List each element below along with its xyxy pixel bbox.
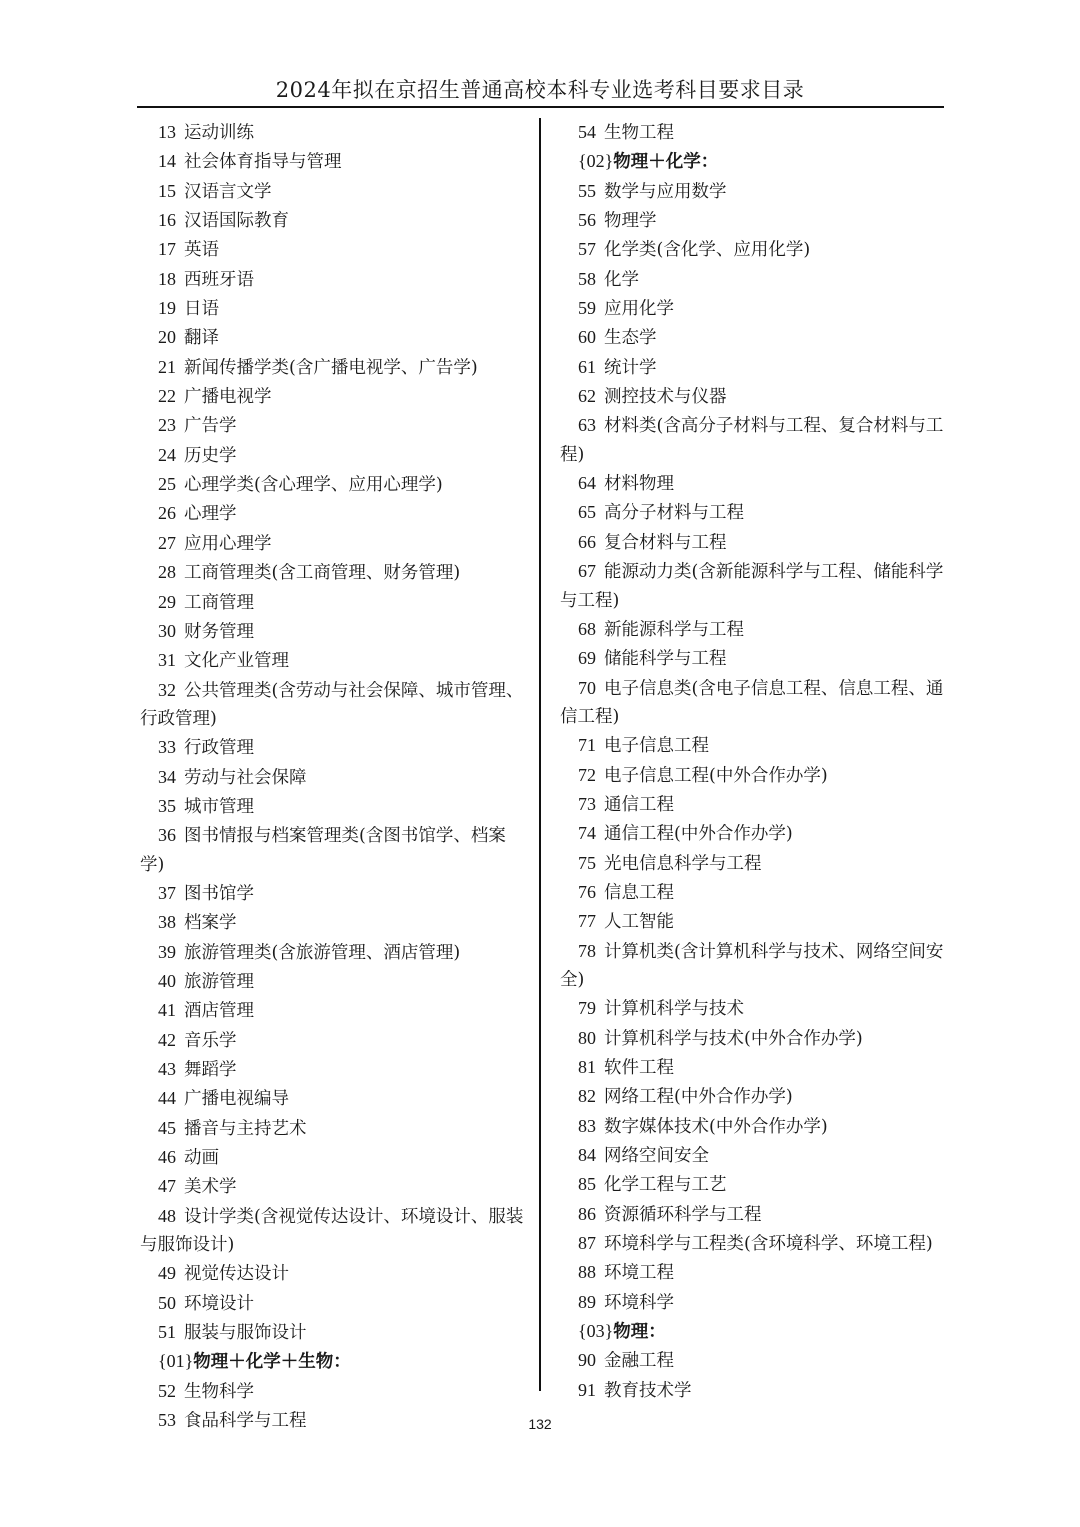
item-number: 51 (158, 1322, 176, 1342)
item-label: 金融工程 (604, 1351, 674, 1371)
item-number: 20 (158, 327, 176, 347)
list-item: 61统计学 (560, 353, 950, 382)
item-number: 87 (578, 1233, 596, 1253)
item-label: 光电信息科学与工程 (604, 854, 762, 874)
list-item: 90金融工程 (560, 1346, 950, 1375)
item-number: 84 (578, 1145, 596, 1165)
item-number: 81 (578, 1057, 596, 1077)
page-number: 132 (0, 1416, 1080, 1432)
item-number: 86 (578, 1204, 596, 1224)
list-item: 22广播电视学 (140, 382, 530, 411)
list-item: 46动画 (140, 1143, 530, 1172)
list-item: 62测控技术与仪器 (560, 382, 950, 411)
item-label: 美术学 (184, 1177, 237, 1197)
list-item: 79计算机科学与技术 (560, 994, 950, 1023)
item-label: 材料物理 (604, 474, 674, 494)
item-label: 英语 (184, 240, 219, 260)
category-heading: {03}物理： (560, 1317, 950, 1346)
item-number: 64 (578, 473, 596, 493)
item-label: 日语 (184, 299, 219, 319)
list-item: 82网络工程(中外合作办学) (560, 1082, 950, 1111)
item-label: 广告学 (184, 416, 237, 436)
item-number: 60 (578, 327, 596, 347)
item-label: 人工智能 (604, 912, 674, 932)
item-number: 65 (578, 502, 596, 522)
item-label: 广播电视编导 (184, 1089, 289, 1109)
item-label: 生态学 (604, 328, 657, 348)
item-label: 应用化学 (604, 299, 674, 319)
item-label: 历史学 (184, 446, 237, 466)
item-number: 47 (158, 1176, 176, 1196)
item-label: 工商管理类(含工商管理、财务管理) (184, 563, 460, 583)
item-number: 30 (158, 621, 176, 641)
item-number: 28 (158, 562, 176, 582)
list-item: 51服装与服饰设计 (140, 1318, 530, 1347)
item-number: 59 (578, 298, 596, 318)
item-label: 物理学 (604, 211, 657, 231)
category-heading: {01}物理＋化学＋生物： (140, 1347, 530, 1376)
item-number: 34 (158, 767, 176, 787)
list-item: 89环境科学 (560, 1288, 950, 1317)
item-label: 汉语言文学 (184, 182, 272, 202)
item-number: 52 (158, 1381, 176, 1401)
item-label: 舞蹈学 (184, 1060, 237, 1080)
item-label: 测控技术与仪器 (604, 387, 727, 407)
list-item: 24历史学 (140, 441, 530, 470)
item-number: 69 (578, 648, 596, 668)
item-number: 91 (578, 1380, 596, 1400)
list-item: 37图书馆学 (140, 879, 530, 908)
item-label: 新闻传播学类(含广播电视学、广告学) (184, 358, 478, 378)
item-label: 汉语国际教育 (184, 211, 289, 231)
item-number: 68 (578, 619, 596, 639)
item-number: 41 (158, 1000, 176, 1020)
category-code: {01} (158, 1351, 193, 1371)
item-number: 40 (158, 971, 176, 991)
list-item: 49视觉传达设计 (140, 1259, 530, 1288)
item-number: 62 (578, 386, 596, 406)
item-label: 财务管理 (184, 622, 254, 642)
item-label: 数字媒体技术(中外合作办学) (604, 1117, 828, 1137)
item-label: 翻译 (184, 328, 219, 348)
item-label: 新能源科学与工程 (604, 620, 744, 640)
item-label: 信息工程 (604, 883, 674, 903)
list-item: 78计算机类(含计算机科学与技术、网络空间安全) (560, 937, 950, 995)
category-label: 物理＋化学＋生物： (193, 1352, 351, 1372)
category-label: 物理： (613, 1322, 666, 1342)
list-item: 43舞蹈学 (140, 1055, 530, 1084)
list-item: 41酒店管理 (140, 996, 530, 1025)
list-item: 14社会体育指导与管理 (140, 147, 530, 176)
list-item: 76信息工程 (560, 878, 950, 907)
item-label: 环境设计 (184, 1294, 254, 1314)
item-number: 19 (158, 298, 176, 318)
item-label: 化学类(含化学、应用化学) (604, 240, 810, 260)
category-code: {02} (578, 151, 613, 171)
item-label: 广播电视学 (184, 387, 272, 407)
item-label: 能源动力类(含新能源科学与工程、储能科学与工程) (560, 562, 943, 610)
list-item: 60生态学 (560, 323, 950, 352)
item-number: 61 (578, 357, 596, 377)
list-item: 84网络空间安全 (560, 1141, 950, 1170)
item-number: 55 (578, 181, 596, 201)
item-number: 79 (578, 998, 596, 1018)
item-number: 78 (578, 941, 596, 961)
item-number: 63 (578, 415, 596, 435)
item-label: 图书情报与档案管理类(含图书馆学、档案学) (140, 826, 506, 874)
item-number: 25 (158, 474, 176, 494)
item-number: 27 (158, 533, 176, 553)
item-number: 72 (578, 765, 596, 785)
item-label: 档案学 (184, 913, 237, 933)
item-number: 43 (158, 1059, 176, 1079)
list-item: 44广播电视编导 (140, 1084, 530, 1113)
list-item: 86资源循环科学与工程 (560, 1200, 950, 1229)
list-item: 34劳动与社会保障 (140, 763, 530, 792)
item-label: 计算机科学与技术(中外合作办学) (604, 1029, 863, 1049)
list-item: 21新闻传播学类(含广播电视学、广告学) (140, 353, 530, 382)
item-label: 电子信息工程 (604, 736, 709, 756)
item-number: 32 (158, 680, 176, 700)
left-column: 13运动训练14社会体育指导与管理15汉语言文学16汉语国际教育17英语18西班… (140, 118, 530, 1435)
item-label: 通信工程 (604, 795, 674, 815)
item-number: 50 (158, 1293, 176, 1313)
item-number: 80 (578, 1028, 596, 1048)
item-label: 生物科学 (184, 1382, 254, 1402)
list-item: 28工商管理类(含工商管理、财务管理) (140, 558, 530, 587)
category-code: {03} (578, 1321, 613, 1341)
list-item: 72电子信息工程(中外合作办学) (560, 761, 950, 790)
list-item: 15汉语言文学 (140, 177, 530, 206)
list-item: 63材料类(含高分子材料与工程、复合材料与工程) (560, 411, 950, 469)
item-label: 化学 (604, 270, 639, 290)
list-item: 47美术学 (140, 1172, 530, 1201)
item-number: 85 (578, 1174, 596, 1194)
item-number: 46 (158, 1147, 176, 1167)
item-label: 软件工程 (604, 1058, 674, 1078)
item-label: 材料类(含高分子材料与工程、复合材料与工程) (560, 416, 943, 464)
list-item: 16汉语国际教育 (140, 206, 530, 235)
item-number: 70 (578, 678, 596, 698)
item-label: 劳动与社会保障 (184, 768, 307, 788)
item-label: 化学工程与工艺 (604, 1175, 727, 1195)
list-item: 40旅游管理 (140, 967, 530, 996)
item-number: 49 (158, 1263, 176, 1283)
list-item: 20翻译 (140, 323, 530, 352)
category-heading: {02}物理＋化学： (560, 147, 950, 176)
item-label: 西班牙语 (184, 270, 254, 290)
item-number: 67 (578, 561, 596, 581)
list-item: 75光电信息科学与工程 (560, 849, 950, 878)
item-number: 90 (578, 1350, 596, 1370)
list-item: 32公共管理类(含劳动与社会保障、城市管理、行政管理) (140, 676, 530, 734)
list-item: 91教育技术学 (560, 1376, 950, 1405)
list-item: 65高分子材料与工程 (560, 498, 950, 527)
list-item: 52生物科学 (140, 1377, 530, 1406)
list-item: 85化学工程与工艺 (560, 1170, 950, 1199)
item-label: 网络工程(中外合作办学) (604, 1087, 793, 1107)
item-label: 应用心理学 (184, 534, 272, 554)
list-item: 27应用心理学 (140, 529, 530, 558)
item-label: 行政管理 (184, 738, 254, 758)
item-number: 35 (158, 796, 176, 816)
list-item: 66复合材料与工程 (560, 528, 950, 557)
item-label: 电子信息工程(中外合作办学) (604, 766, 828, 786)
list-item: 67能源动力类(含新能源科学与工程、储能科学与工程) (560, 557, 950, 615)
item-label: 音乐学 (184, 1031, 237, 1051)
item-number: 24 (158, 445, 176, 465)
header-divider (137, 106, 944, 108)
item-label: 文化产业管理 (184, 651, 289, 671)
list-item: 87环境科学与工程类(含环境科学、环境工程) (560, 1229, 950, 1258)
list-item: 57化学类(含化学、应用化学) (560, 235, 950, 264)
list-item: 31文化产业管理 (140, 646, 530, 675)
list-item: 55数学与应用数学 (560, 177, 950, 206)
item-number: 37 (158, 883, 176, 903)
item-label: 环境工程 (604, 1263, 674, 1283)
item-label: 数学与应用数学 (604, 182, 727, 202)
item-label: 旅游管理类(含旅游管理、酒店管理) (184, 943, 460, 963)
list-item: 25心理学类(含心理学、应用心理学) (140, 470, 530, 499)
list-item: 33行政管理 (140, 733, 530, 762)
item-label: 教育技术学 (604, 1381, 692, 1401)
item-number: 22 (158, 386, 176, 406)
list-item: 29工商管理 (140, 588, 530, 617)
item-label: 运动训练 (184, 123, 254, 143)
item-label: 计算机类(含计算机科学与技术、网络空间安全) (560, 942, 943, 990)
item-number: 18 (158, 269, 176, 289)
item-number: 89 (578, 1292, 596, 1312)
list-item: 26心理学 (140, 499, 530, 528)
list-item: 74通信工程(中外合作办学) (560, 819, 950, 848)
list-item: 38档案学 (140, 908, 530, 937)
list-item: 68新能源科学与工程 (560, 615, 950, 644)
item-number: 45 (158, 1118, 176, 1138)
item-label: 播音与主持艺术 (184, 1119, 307, 1139)
item-number: 83 (578, 1116, 596, 1136)
item-label: 心理学类(含心理学、应用心理学) (184, 475, 443, 495)
item-number: 57 (578, 239, 596, 259)
item-number: 39 (158, 942, 176, 962)
item-number: 88 (578, 1262, 596, 1282)
item-number: 71 (578, 735, 596, 755)
list-item: 77人工智能 (560, 907, 950, 936)
item-label: 环境科学 (604, 1293, 674, 1313)
item-number: 74 (578, 823, 596, 843)
item-label: 高分子材料与工程 (604, 503, 744, 523)
item-number: 17 (158, 239, 176, 259)
list-item: 59应用化学 (560, 294, 950, 323)
list-item: 19日语 (140, 294, 530, 323)
item-label: 电子信息类(含电子信息工程、信息工程、通信工程) (560, 679, 943, 727)
list-item: 42音乐学 (140, 1026, 530, 1055)
list-item: 88环境工程 (560, 1258, 950, 1287)
list-item: 71电子信息工程 (560, 731, 950, 760)
item-number: 82 (578, 1086, 596, 1106)
item-label: 计算机科学与技术 (604, 999, 744, 1019)
item-number: 66 (578, 532, 596, 552)
item-number: 33 (158, 737, 176, 757)
list-item: 56物理学 (560, 206, 950, 235)
item-label: 社会体育指导与管理 (184, 152, 342, 172)
list-item: 73通信工程 (560, 790, 950, 819)
list-item: 39旅游管理类(含旅游管理、酒店管理) (140, 938, 530, 967)
list-item: 48设计学类(含视觉传达设计、环境设计、服装与服饰设计) (140, 1202, 530, 1260)
list-item: 23广告学 (140, 411, 530, 440)
item-number: 56 (578, 210, 596, 230)
page-title: 2024年拟在京招生普通高校本科专业选考科目要求目录 (136, 76, 944, 104)
item-number: 38 (158, 912, 176, 932)
item-label: 复合材料与工程 (604, 533, 727, 553)
list-item: 50环境设计 (140, 1289, 530, 1318)
item-number: 15 (158, 181, 176, 201)
list-item: 17英语 (140, 235, 530, 264)
item-label: 工商管理 (184, 593, 254, 613)
list-item: 18西班牙语 (140, 265, 530, 294)
item-label: 网络空间安全 (604, 1146, 709, 1166)
list-item: 64材料物理 (560, 469, 950, 498)
item-number: 13 (158, 122, 176, 142)
item-label: 通信工程(中外合作办学) (604, 824, 793, 844)
list-item: 45播音与主持艺术 (140, 1114, 530, 1143)
list-item: 35城市管理 (140, 792, 530, 821)
item-label: 旅游管理 (184, 972, 254, 992)
item-label: 环境科学与工程类(含环境科学、环境工程) (604, 1234, 933, 1254)
item-label: 图书馆学 (184, 884, 254, 904)
item-label: 生物工程 (604, 123, 674, 143)
item-number: 26 (158, 503, 176, 523)
item-label: 服装与服饰设计 (184, 1323, 307, 1343)
item-number: 44 (158, 1088, 176, 1108)
item-label: 心理学 (184, 504, 237, 524)
list-item: 69储能科学与工程 (560, 644, 950, 673)
item-number: 21 (158, 357, 176, 377)
right-column: 54生物工程{02}物理＋化学：55数学与应用数学56物理学57化学类(含化学、… (560, 118, 950, 1405)
item-number: 77 (578, 911, 596, 931)
list-item: 80计算机科学与技术(中外合作办学) (560, 1024, 950, 1053)
item-number: 14 (158, 151, 176, 171)
item-label: 资源循环科学与工程 (604, 1205, 762, 1225)
list-item: 13运动训练 (140, 118, 530, 147)
item-number: 42 (158, 1030, 176, 1050)
item-number: 31 (158, 650, 176, 670)
item-label: 设计学类(含视觉传达设计、环境设计、服装与服饰设计) (140, 1207, 523, 1255)
list-item: 83数字媒体技术(中外合作办学) (560, 1112, 950, 1141)
item-number: 29 (158, 592, 176, 612)
category-label: 物理＋化学： (613, 152, 718, 172)
item-label: 公共管理类(含劳动与社会保障、城市管理、行政管理) (140, 681, 523, 729)
item-number: 23 (158, 415, 176, 435)
list-item: 36图书情报与档案管理类(含图书馆学、档案学) (140, 821, 530, 879)
list-item: 30财务管理 (140, 617, 530, 646)
item-number: 16 (158, 210, 176, 230)
item-label: 储能科学与工程 (604, 649, 727, 669)
item-label: 视觉传达设计 (184, 1264, 289, 1284)
item-number: 58 (578, 269, 596, 289)
item-label: 统计学 (604, 358, 657, 378)
item-label: 酒店管理 (184, 1001, 254, 1021)
item-number: 73 (578, 794, 596, 814)
item-number: 36 (158, 825, 176, 845)
list-item: 54生物工程 (560, 118, 950, 147)
list-item: 81软件工程 (560, 1053, 950, 1082)
item-number: 76 (578, 882, 596, 902)
item-label: 动画 (184, 1148, 219, 1168)
item-number: 54 (578, 122, 596, 142)
item-label: 城市管理 (184, 797, 254, 817)
item-number: 48 (158, 1206, 176, 1226)
column-divider (539, 118, 541, 1391)
list-item: 70电子信息类(含电子信息工程、信息工程、通信工程) (560, 674, 950, 732)
list-item: 58化学 (560, 265, 950, 294)
item-number: 75 (578, 853, 596, 873)
